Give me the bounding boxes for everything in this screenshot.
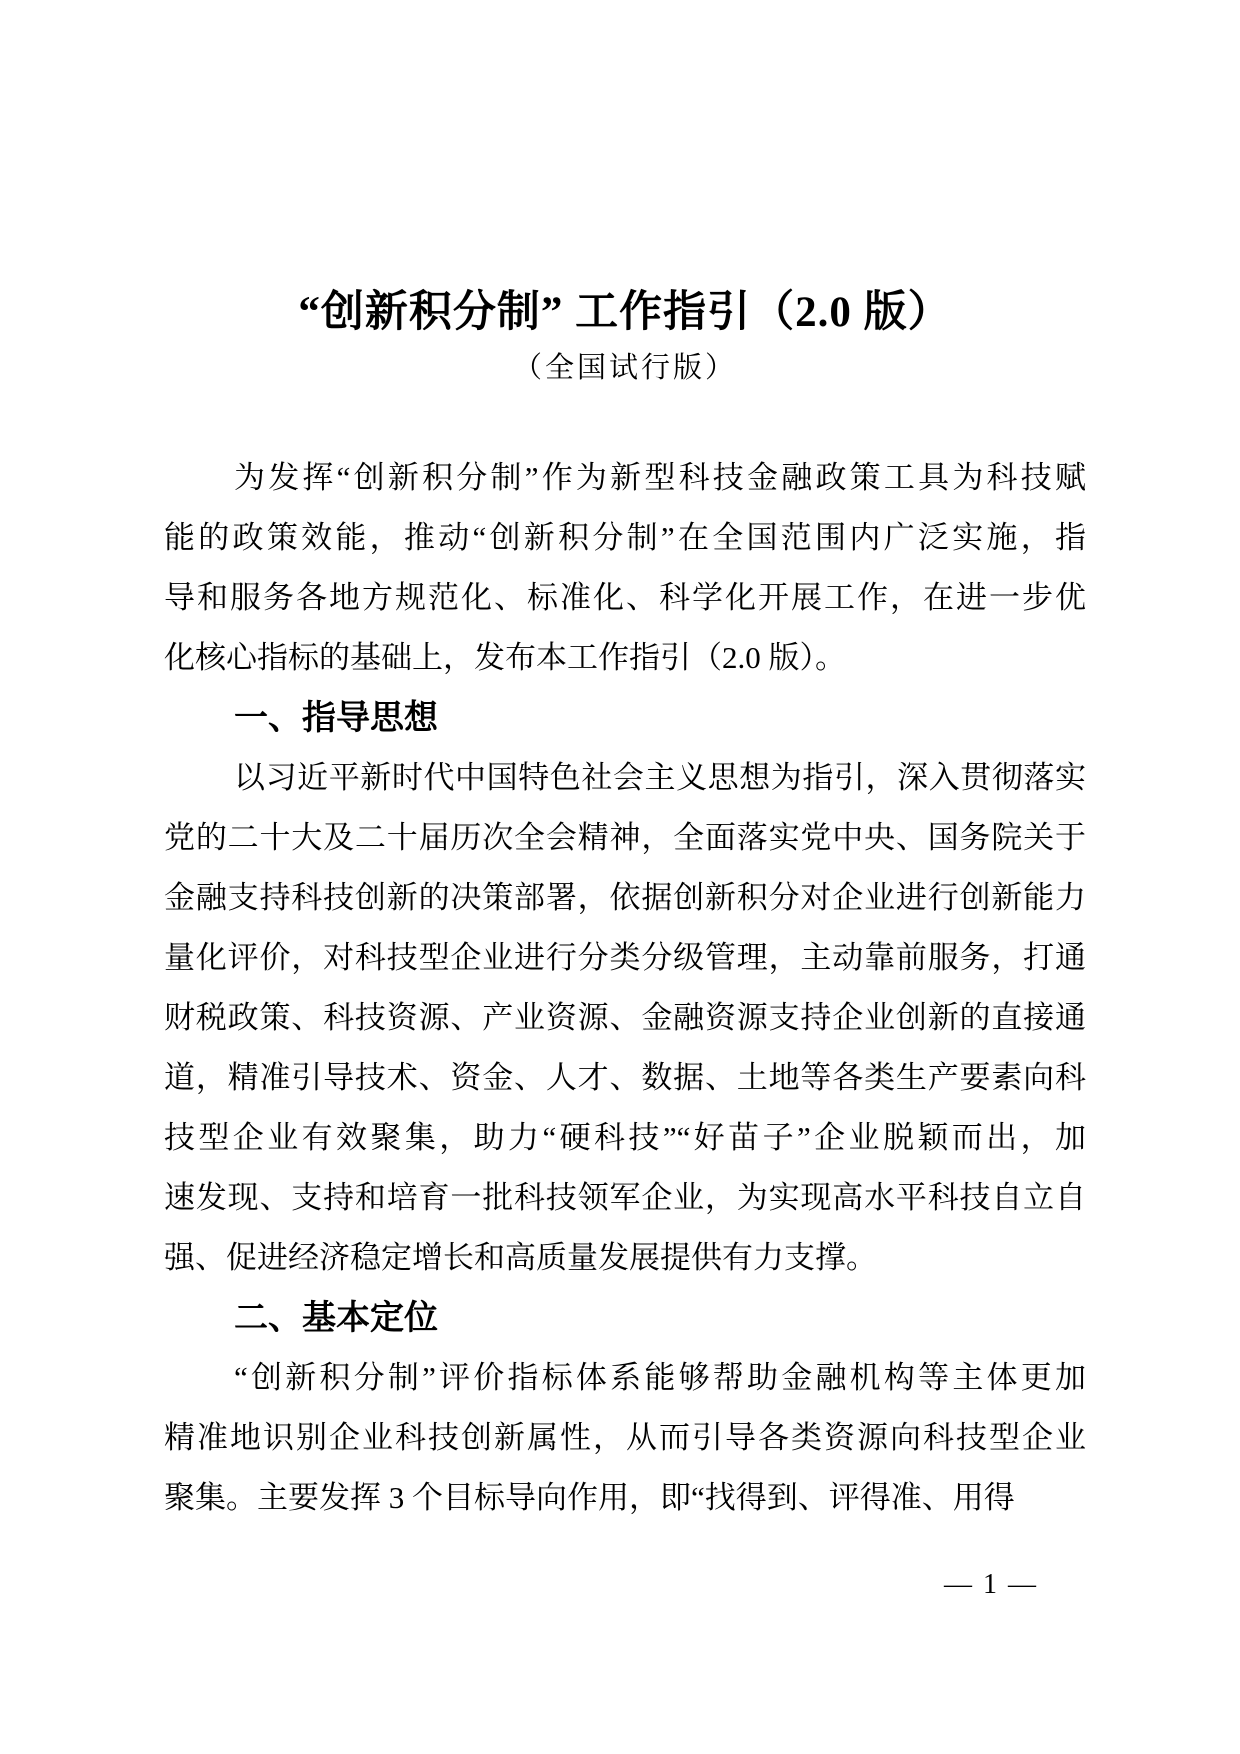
document-subtitle: （全国试行版）	[164, 348, 1086, 388]
paragraph-line: “创新积分制”评价指标体系能够帮助金融机构等主体更加	[164, 1348, 1086, 1408]
paragraph-line: 速发现、支持和培育一批科技领军企业，为实现高水平科技自立自	[164, 1168, 1086, 1228]
paragraph-line: 道，精准引导技术、资金、人才、数据、土地等各类生产要素向科	[164, 1048, 1086, 1108]
paragraph-line: 强、促进经济稳定增长和高质量发展提供有力支撑。	[164, 1228, 1086, 1288]
document-body: 为发挥“创新积分制”作为新型科技金融政策工具为科技赋能的政策效能，推动“创新积分…	[164, 448, 1086, 1528]
paragraph-line: 技型企业有效聚集，助力“硬科技”“好苗子”企业脱颖而出，加	[164, 1108, 1086, 1168]
paragraph-line: 导和服务各地方规范化、标准化、科学化开展工作，在进一步优	[164, 568, 1086, 628]
paragraph-line: 党的二十大及二十届历次全会精神，全面落实党中央、国务院关于	[164, 808, 1086, 868]
paragraph-line: 聚集。主要发挥 3 个目标导向作用，即“找得到、评得准、用得	[164, 1468, 1086, 1528]
section-heading: 一、指导思想	[164, 688, 1086, 748]
paragraph-line: 为发挥“创新积分制”作为新型科技金融政策工具为科技赋	[164, 448, 1086, 508]
section-heading: 二、基本定位	[164, 1288, 1086, 1348]
paragraph-line: 财税政策、科技资源、产业资源、金融资源支持企业创新的直接通	[164, 988, 1086, 1048]
paragraph-line: 化核心指标的基础上，发布本工作指引（2.0 版）。	[164, 628, 1086, 688]
paragraph-line: 量化评价，对科技型企业进行分类分级管理，主动靠前服务，打通	[164, 928, 1086, 988]
document-title: “创新积分制” 工作指引（2.0 版）	[164, 286, 1086, 339]
paragraph-line: 精准地识别企业科技创新属性，从而引导各类资源向科技型企业	[164, 1408, 1086, 1468]
page-number: — 1 —	[944, 1563, 1038, 1607]
document-page: “创新积分制” 工作指引（2.0 版） （全国试行版） 为发挥“创新积分制”作为…	[0, 0, 1240, 1754]
paragraph-line: 以习近平新时代中国特色社会主义思想为指引，深入贯彻落实	[164, 748, 1086, 808]
paragraph-line: 金融支持科技创新的决策部署，依据创新积分对企业进行创新能力	[164, 868, 1086, 928]
paragraph-line: 能的政策效能，推动“创新积分制”在全国范围内广泛实施，指	[164, 508, 1086, 568]
